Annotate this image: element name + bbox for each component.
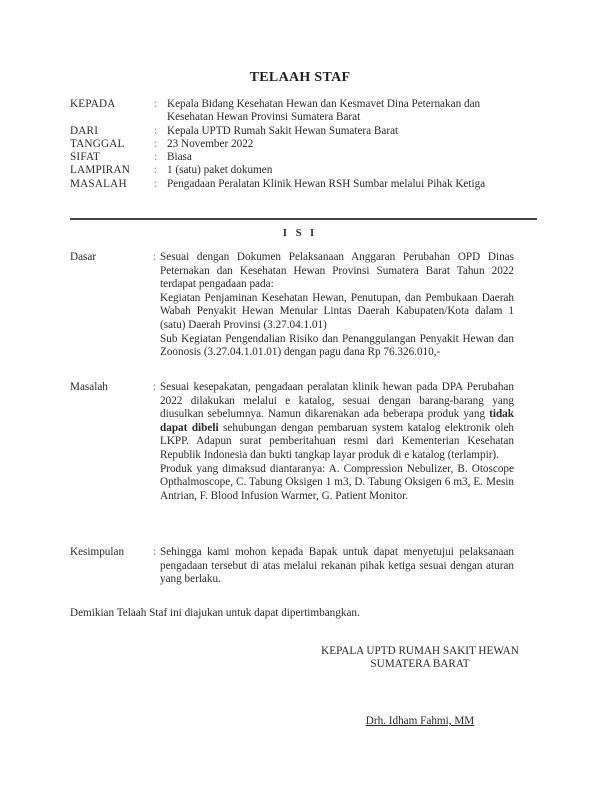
paragraph: Sesuai dengan Dokumen Pelaksanaan Anggar…	[160, 251, 514, 292]
header-row-sifat: SIFAT : Biasa	[70, 151, 540, 164]
section-dasar: Dasar : Sesuai dengan Dokumen Pelaksanaa…	[70, 251, 540, 360]
paragraph: Kegiatan Penjaminan Kesehatan Hewan, Pen…	[160, 292, 514, 333]
header-value: Kepala Bidang Kesehatan Hewan dan Kesmav…	[167, 98, 540, 125]
header-table: KEPADA : Kepala Bidang Kesehatan Hewan d…	[70, 98, 540, 191]
section-body: : Sesuai kesepakatan, pengadaan peralata…	[153, 381, 514, 503]
section-label: Kesimpulan	[70, 546, 153, 587]
closing-statement: Demikian Telaah Staf ini diajukan untuk …	[70, 607, 360, 619]
section-kesimpulan: Kesimpulan : Sehingga kami mohon kepada …	[70, 546, 540, 587]
header-label: DARI	[70, 125, 154, 138]
header-row-lampiran: LAMPIRAN : 1 (satu) paket dokumen	[70, 164, 540, 177]
header-row-dari: DARI : Kepala UPTD Rumah Sakit Hewan Sum…	[70, 125, 540, 138]
header-value: 23 November 2022	[167, 138, 540, 151]
header-label: KEPADA	[70, 98, 154, 125]
horizontal-divider	[70, 218, 537, 220]
paragraph: Sub Kegiatan Pengendalian Risiko dan Pen…	[160, 333, 514, 360]
section-label: Masalah	[70, 381, 153, 503]
section-masalah: Masalah : Sesuai kesepakatan, pengadaan …	[70, 381, 540, 503]
signature-position: SUMATERA BARAT	[300, 658, 540, 671]
document-title: TELAAH STAF	[0, 70, 600, 86]
header-colon: :	[154, 138, 167, 151]
header-label: MASALAH	[70, 178, 154, 191]
paragraph: Sesuai kesepakatan, pengadaan peralatan …	[160, 381, 514, 463]
paragraph-products: Produk yang dimaksud diantaranya: A. Com…	[160, 463, 514, 504]
header-value: Kepala UPTD Rumah Sakit Hewan Sumatera B…	[167, 125, 540, 138]
header-colon: :	[154, 125, 167, 138]
header-row-tanggal: TANGGAL : 23 November 2022	[70, 138, 540, 151]
header-colon: :	[154, 151, 167, 164]
header-row-kepada: KEPADA : Kepala Bidang Kesehatan Hewan d…	[70, 98, 540, 125]
header-value: Pengadaan Peralatan Klinik Hewan RSH Sum…	[167, 178, 540, 191]
header-value: 1 (satu) paket dokumen	[167, 164, 540, 177]
header-colon: :	[154, 178, 167, 191]
section-title: I S I	[0, 228, 600, 239]
section-colon: :	[153, 546, 156, 560]
header-label: LAMPIRAN	[70, 164, 154, 177]
header-colon: :	[154, 164, 167, 177]
signature-position: KEPALA UPTD RUMAH SAKIT HEWAN	[300, 645, 540, 658]
signature-block: KEPALA UPTD RUMAH SAKIT HEWAN SUMATERA B…	[300, 645, 540, 672]
header-value: Biasa	[167, 151, 540, 164]
text: Sesuai kesepakatan, pengadaan peralatan …	[160, 381, 514, 420]
paragraph: Sehingga kami mohon kepada Bapak untuk d…	[160, 546, 514, 587]
header-label: TANGGAL	[70, 138, 154, 151]
signer-name: Drh. Idham Fahmi, MM	[300, 715, 540, 727]
section-body: : Sesuai dengan Dokumen Pelaksanaan Angg…	[153, 251, 514, 360]
section-colon: :	[153, 251, 156, 265]
header-label: SIFAT	[70, 151, 154, 164]
section-colon: :	[153, 381, 156, 395]
section-label: Dasar	[70, 251, 153, 360]
section-body: : Sehingga kami mohon kepada Bapak untuk…	[153, 546, 514, 587]
header-colon: :	[154, 98, 167, 125]
header-row-masalah: MASALAH : Pengadaan Peralatan Klinik Hew…	[70, 178, 540, 191]
